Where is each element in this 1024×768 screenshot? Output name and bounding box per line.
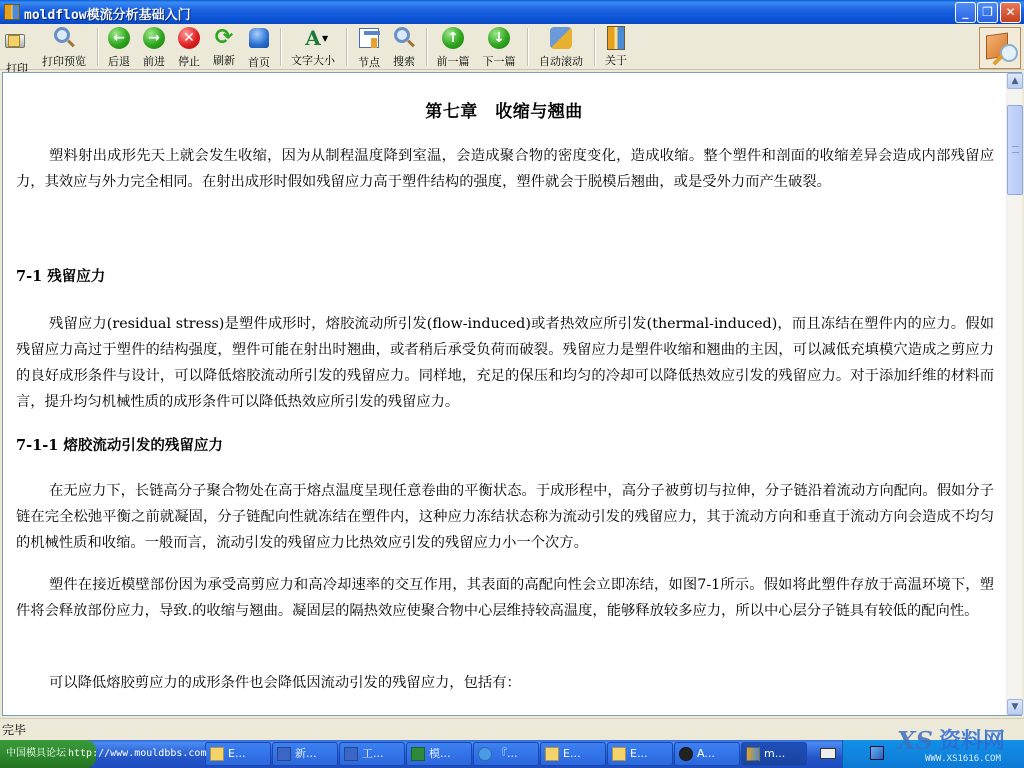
search-label: 搜索 — [389, 53, 419, 69]
grip-icon — [1012, 146, 1019, 153]
brand-logo — [979, 27, 1021, 69]
next-article-label: 下一篇 — [479, 53, 519, 69]
about-icon — [604, 26, 628, 50]
scroll-up-button[interactable]: ▲ — [1007, 73, 1023, 89]
forward-label: 前进 — [139, 53, 169, 69]
about-label: 关于 — [601, 52, 631, 68]
intro-paragraph: 塑料射出成形先天上就会发生收缩，因为从制程温度降到室温，会造成聚合物的密度变化，… — [16, 143, 994, 195]
taskbar-item[interactable]: 模... — [406, 742, 472, 766]
about-button[interactable]: 关于 — [601, 26, 631, 68]
start-label: 中国模具论坛 — [6, 748, 66, 759]
taskbar-item[interactable]: 工... — [339, 742, 405, 766]
toolbar-separator — [280, 28, 282, 66]
taskbar-item[interactable]: E... — [607, 742, 673, 766]
next-article-button[interactable]: ↓ 下一篇 — [479, 26, 519, 68]
watermark: XS 资料网 WWW.XS1616.COM — [895, 722, 1021, 768]
stop-icon: ✕ — [177, 27, 201, 51]
toolbar-separator — [527, 28, 529, 66]
refresh-label: 刷新 — [209, 52, 239, 68]
section-7-1-1-paragraph-2: 塑件在接近模壁部份因为承受高剪应力和高冷却速率的交互作用，其表面的高配向性会立即… — [16, 572, 994, 624]
font-size-label: 文字大小 — [287, 52, 339, 68]
refresh-button[interactable]: ⟳ 刷新 — [209, 26, 239, 68]
print-button[interactable]: 打印 — [2, 26, 32, 68]
search-icon — [392, 27, 416, 51]
folder-icon — [545, 747, 559, 761]
prev-article-button[interactable]: ↑ 前一篇 — [433, 26, 473, 68]
forward-button[interactable]: → 前进 — [139, 26, 169, 68]
down-arrow-icon: ↓ — [487, 27, 511, 51]
document-viewer: 第七章 收缩与翘曲 塑料射出成形先天上就会发生收缩，因为从制程温度降到室温，会造… — [2, 72, 1022, 716]
network-icon[interactable] — [870, 746, 884, 760]
toolbar-separator — [97, 28, 99, 66]
forward-arrow-icon: → — [142, 27, 166, 51]
watermark-url: WWW.XS1616.COM — [925, 754, 1001, 764]
toolbar-separator — [346, 28, 348, 66]
word-icon — [277, 747, 291, 761]
window-title: moldflow模流分析基础入门 — [24, 4, 191, 23]
scroll-down-button[interactable]: ▼ — [1007, 699, 1023, 715]
home-icon — [247, 28, 271, 52]
magnifier-icon — [1000, 44, 1018, 62]
print-preview-icon — [52, 27, 76, 51]
document-content: 第七章 收缩与翘曲 塑料射出成形先天上就会发生收缩，因为从制程温度降到室温，会造… — [3, 73, 1005, 715]
status-text: 完毕 — [2, 723, 26, 737]
section-heading-7-1: 7-1 残留应力 — [16, 265, 105, 286]
up-arrow-icon: ↑ — [441, 27, 465, 51]
chapter-title: 第七章 收缩与翘曲 — [3, 97, 1005, 122]
section-7-1-paragraph: 残留应力(residual stress)是塑件成形时，熔胶流动所引发(flow… — [16, 311, 994, 415]
back-button[interactable]: ← 后退 — [104, 26, 134, 68]
app-icon — [4, 4, 20, 20]
taskbar-item[interactable]: 『... — [473, 742, 539, 766]
minimize-button[interactable]: _ — [955, 2, 976, 23]
title-bar[interactable]: moldflow模流分析基础入门 _ ❐ ✕ — [0, 0, 1024, 24]
section-heading-7-1-1: 7-1-1 熔胶流动引发的残留应力 — [16, 434, 223, 455]
restore-button[interactable]: ❐ — [977, 2, 998, 23]
toolbar-separator — [594, 28, 596, 66]
browser-icon — [478, 747, 492, 761]
stop-label: 停止 — [174, 53, 204, 69]
excel-icon — [411, 747, 425, 761]
folder-icon — [612, 747, 626, 761]
nodes-button[interactable]: 节点 — [354, 26, 384, 68]
search-button[interactable]: 搜索 — [389, 26, 419, 68]
nodes-icon — [357, 28, 381, 52]
auto-scroll-icon — [549, 27, 573, 51]
scroll-thumb[interactable] — [1007, 105, 1023, 195]
media-player-icon — [679, 747, 693, 761]
toolbar-separator — [426, 28, 428, 66]
font-size-button[interactable]: A 文字大小 — [287, 26, 339, 68]
print-preview-button[interactable]: 打印预览 — [38, 26, 90, 68]
section-7-1-1-paragraph-1: 在无应力下，长链高分子聚合物处在高于熔点温度呈现任意卷曲的平衡状态。于成形程中，… — [16, 478, 994, 556]
home-button[interactable]: 首页 — [244, 26, 274, 68]
quick-launch-url: http://www.mouldbbs.com — [68, 740, 206, 768]
auto-scroll-label: 自动滚动 — [535, 53, 587, 69]
nodes-label: 节点 — [354, 54, 384, 70]
print-preview-label: 打印预览 — [38, 53, 90, 69]
watermark-logo: XS — [897, 726, 933, 755]
app-icon — [746, 747, 760, 761]
auto-scroll-button[interactable]: 自动滚动 — [535, 26, 587, 68]
back-arrow-icon: ← — [107, 27, 131, 51]
taskbar-item[interactable]: E... — [205, 742, 271, 766]
taskbar-item[interactable]: 新... — [272, 742, 338, 766]
home-label: 首页 — [244, 54, 274, 70]
vertical-scrollbar[interactable]: ▲ ▼ — [1006, 73, 1022, 715]
printer-icon — [5, 34, 29, 58]
taskbar-item[interactable]: A... — [674, 742, 740, 766]
app-window: moldflow模流分析基础入门 _ ❐ ✕ 打印 打印预览 ← 后退 → 前进… — [0, 0, 1024, 740]
status-bar: 完毕 — [0, 718, 1024, 740]
prev-article-label: 前一篇 — [433, 53, 473, 69]
refresh-icon: ⟳ — [212, 26, 236, 50]
keyboard-icon[interactable] — [820, 748, 836, 759]
close-button[interactable]: ✕ — [1000, 2, 1021, 23]
back-label: 后退 — [104, 53, 134, 69]
toolbar: 打印 打印预览 ← 后退 → 前进 ✕ 停止 ⟳ 刷新 首页 A — [0, 24, 1024, 70]
chevron-down-icon[interactable]: ▼ — [322, 34, 328, 43]
taskbar: 中国模具论坛 http://www.mouldbbs.com E... 新...… — [0, 740, 1024, 768]
taskbar-item[interactable]: E... — [540, 742, 606, 766]
stop-button[interactable]: ✕ 停止 — [174, 26, 204, 68]
taskbar-item-active[interactable]: m... — [741, 742, 807, 766]
section-7-1-1-paragraph-3: 可以降低熔胶剪应力的成形条件也会降低因流动引发的残留应力，包括有： — [16, 670, 994, 696]
word-icon — [344, 747, 358, 761]
folder-icon — [210, 747, 224, 761]
watermark-text: 资料网 — [939, 724, 1005, 755]
